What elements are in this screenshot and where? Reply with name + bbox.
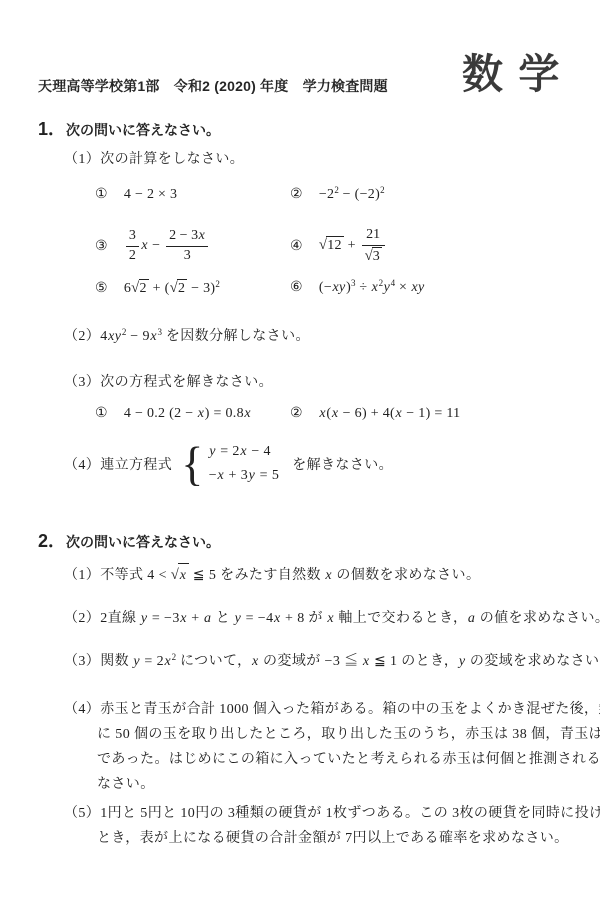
section-1-heading: 1．次の問いに答えなさい。 [38,115,220,141]
eq-2-formula: x(x − 6) + 4(x − 1) = 11 [319,406,461,421]
eq-1-number: ① [95,406,108,421]
exam-title: 数 学 [462,52,561,97]
system-prefix: （4）連立方程式 [64,454,172,474]
item-4-number: ④ [290,238,303,255]
problem-2-2: （2）2直線 y = −3x + a と y = −4x + 8 が x 軸上で… [64,608,600,629]
item-2-formula: −22 − (−2)2 [319,187,385,202]
calc-row-2: ③32x − 2 − 3x3 ④√12 + 21√3 [0,223,600,269]
eq-2-number: ② [290,406,303,421]
calc-item-6: ⑥(−xy)3 ÷ x2y4 × xy [290,279,425,296]
exam-page: 天理高等学校第1部 令和2 (2020) 年度 学力検査問題 数 学 1．次の問… [0,0,600,900]
section-2-heading: 2．次の問いに答えなさい。 [38,527,220,553]
equation-item-1: ①4 − 0.2 (2 − x) = 0.8x [95,405,251,422]
calc-item-3: ③32x − 2 − 3x3 [95,223,210,269]
exam-header: 天理高等学校第1部 令和2 (2020) 年度 学力検査問題 [38,76,388,96]
problem-1-3-label: （3）次の方程式を解きなさい。 [64,372,273,393]
system-equation-1: y = 2x − 4 [209,444,280,460]
item-1-number: ① [95,187,108,202]
item-6-formula: (−xy)3 ÷ x2y4 × xy [319,280,425,295]
calc-item-4: ④√12 + 21√3 [290,223,387,269]
problem-2-3: （3）関数 y = 2x2 について，x の変域が −3 ≦ x ≦ 1 のとき… [64,651,600,672]
item-6-number: ⑥ [290,280,303,295]
problem-2-5: （5）1円と 5円と 10円の 3種類の硬貨が 1枚ずつある。この 3枚の硬貨を… [64,801,584,851]
system-suffix: を解きなさい。 [292,454,393,474]
section-2-number: 2． [38,531,66,551]
item-3-number: ③ [95,238,108,255]
problem-1-1-label: （1）次の計算をしなさい。 [64,149,244,170]
problem-1-4: （4）連立方程式 { y = 2x − 4 −x + 3y = 5 を解きなさい… [64,441,393,487]
item-4-formula: √12 + 21√3 [319,227,387,264]
item-5-number: ⑤ [95,281,108,296]
item-3-formula: 32x − 2 − 3x3 [124,228,210,263]
section-1-number: 1． [38,119,66,139]
problem-2-4: （4）赤玉と青玉が合計 1000 個入った箱がある。箱の中の玉をよくかき混ぜた後… [64,697,584,797]
section-1-title: 次の問いに答えなさい。 [66,122,220,138]
section-2-title: 次の問いに答えなさい。 [66,534,220,550]
item-5-formula: 6√2 + (√2 − 3)2 [124,281,220,296]
equation-item-2: ②x(x − 6) + 4(x − 1) = 11 [290,405,460,422]
system-equations: y = 2x − 4 −x + 3y = 5 [209,444,280,484]
item-1-formula: 4 − 2 × 3 [124,187,178,202]
calc-item-5: ⑤6√2 + (√2 − 3)2 [95,279,220,297]
left-brace: { [181,440,203,487]
calc-item-1: ①4 − 2 × 3 [95,186,177,203]
problem-2-1: （1）不等式 4 < √x ≦ 5 をみたす自然数 x の個数を求めなさい。 [64,563,480,586]
eq-1-formula: 4 − 0.2 (2 − x) = 0.8x [124,406,252,421]
system-equation-2: −x + 3y = 5 [209,468,280,484]
calc-item-2: ②−22 − (−2)2 [290,186,385,203]
item-2-number: ② [290,187,303,202]
problem-1-2: （2）4xy2 − 9x3 を因数分解しなさい。 [64,326,310,347]
